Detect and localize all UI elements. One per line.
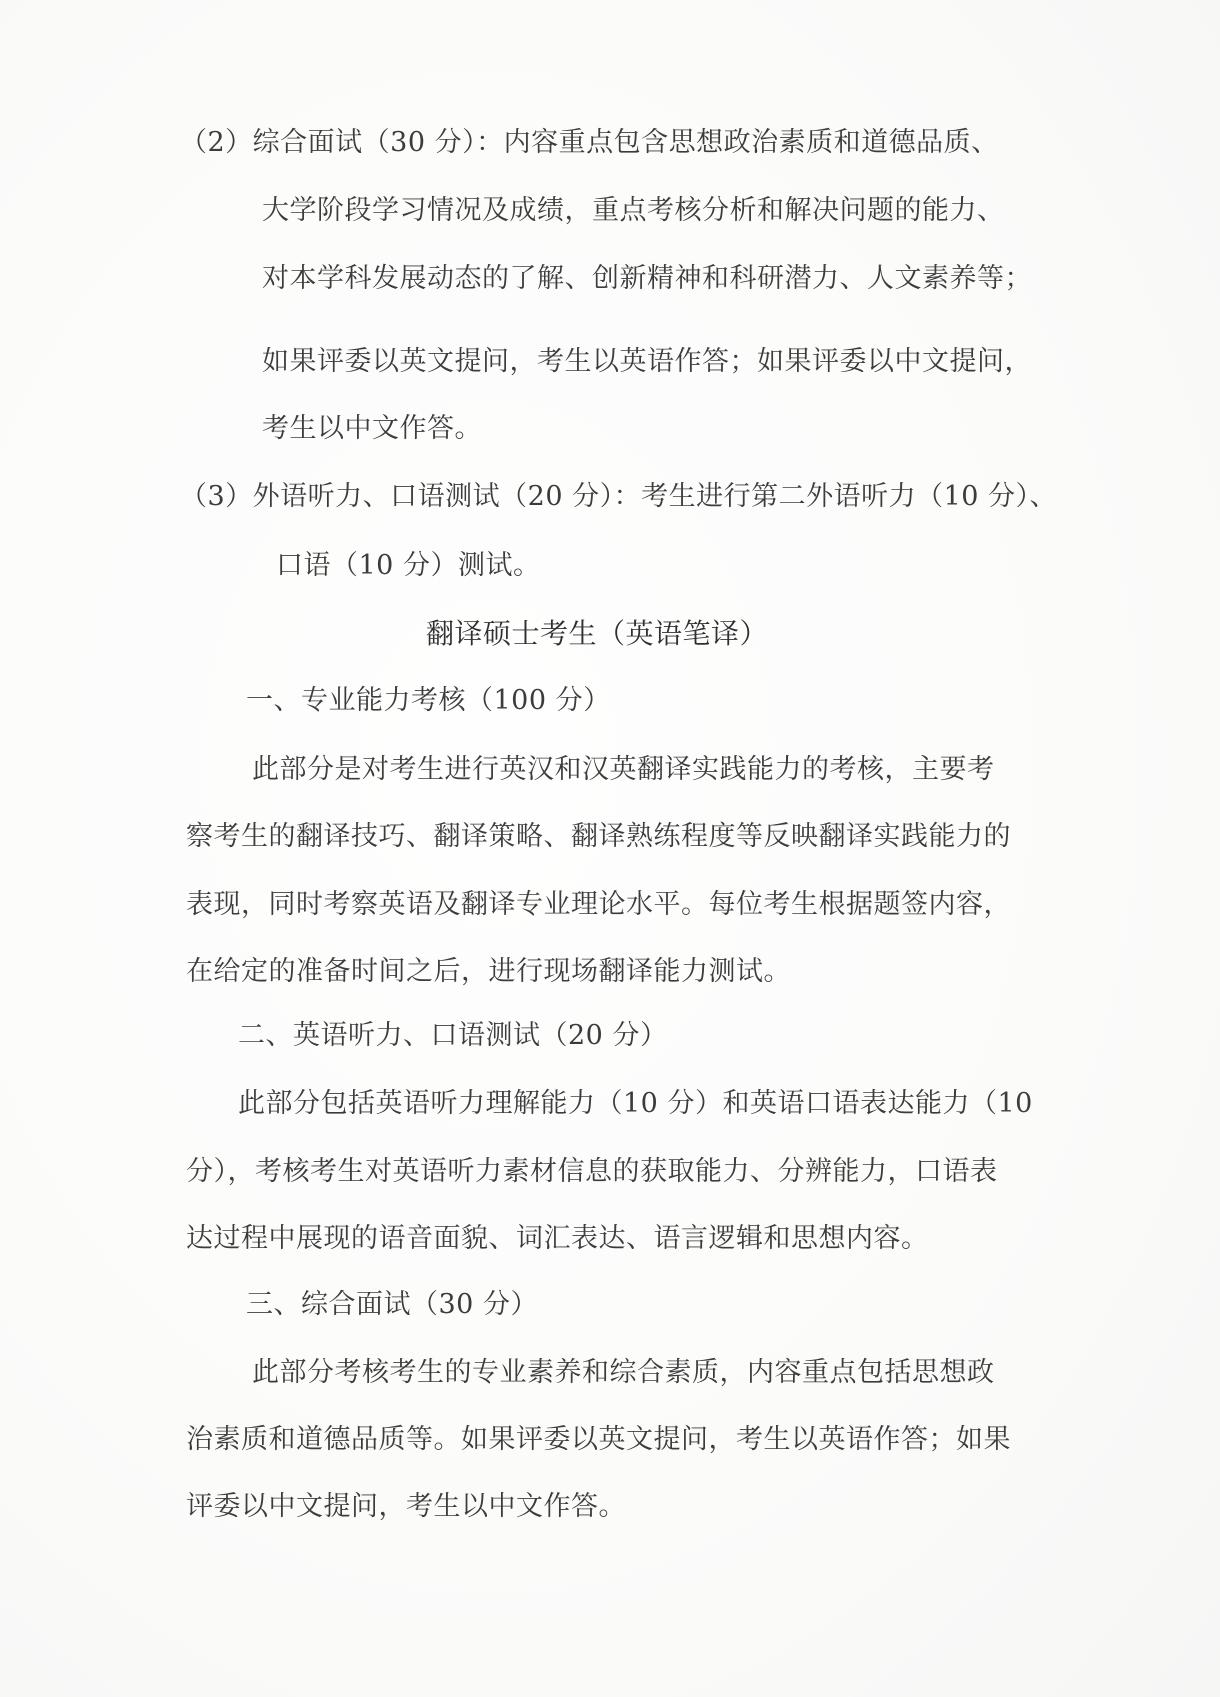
item3-line-2: 口语（10 分）测试。 (276, 549, 540, 583)
part1-line-1: 此部分是对考生进行英汉和汉英翻译实践能力的考核，主要考 (252, 753, 995, 787)
part1-heading: 一、专业能力考核（100 分） (246, 684, 611, 718)
section-title: 翻译硕士考生（英语笔译） (426, 617, 768, 651)
item2-line-4: 如果评委以英文提问，考生以英语作答；如果评委以中文提问， (262, 345, 1032, 379)
part2-heading: 二、英语听力、口语测试（20 分） (238, 1019, 667, 1053)
part2-line-2: 分），考核考生对英语听力素材信息的获取能力、分辨能力，口语表 (186, 1155, 998, 1189)
part1-line-4: 在给定的准备时间之后，进行现场翻译能力测试。 (186, 955, 791, 989)
part2-line-1: 此部分包括英语听力理解能力（10 分）和英语口语表达能力（10 (238, 1087, 1033, 1121)
item2-line-3: 对本学科发展动态的了解、创新精神和科研潜力、人文素养等； (262, 262, 1032, 296)
part3-line-2: 治素质和道德品质等。如果评委以英文提问，考生以英语作答；如果 (186, 1423, 1011, 1457)
part3-line-3: 评委以中文提问，考生以中文作答。 (186, 1490, 626, 1524)
part3-heading: 三、综合面试（30 分） (246, 1288, 538, 1322)
part3-line-1: 此部分考核考生的专业素养和综合素质，内容重点包括思想政 (252, 1356, 995, 1390)
part1-line-2: 察考生的翻译技巧、翻译策略、翻译熟练程度等反映翻译实践能力的 (186, 820, 1011, 854)
item2-line-1: （2）综合面试（30 分）：内容重点包含思想政治素质和道德品质、 (180, 126, 999, 160)
part2-line-3: 达过程中展现的语音面貌、词汇表达、语言逻辑和思想内容。 (186, 1222, 929, 1256)
scanned-document-page: （2）综合面试（30 分）：内容重点包含思想政治素质和道德品质、 大学阶段学习情… (0, 0, 1220, 1697)
item2-line-5: 考生以中文作答。 (262, 412, 482, 446)
item3-line-1: （3）外语听力、口语测试（20 分）：考生进行第二外语听力（10 分）、 (180, 480, 1057, 514)
part1-line-3: 表现，同时考察英语及翻译专业理论水平。每位考生根据题签内容， (186, 888, 1011, 922)
item2-line-2: 大学阶段学习情况及成绩，重点考核分析和解决问题的能力、 (262, 194, 1005, 228)
